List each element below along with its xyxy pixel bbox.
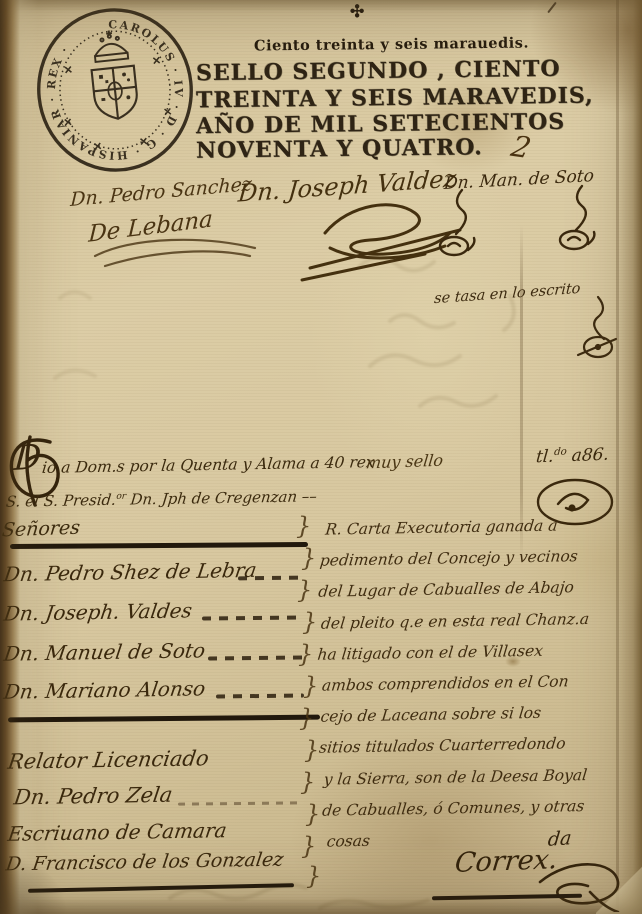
summary-line: sitios titulados Cuarterredondo bbox=[317, 728, 632, 765]
sello-note: muy sello bbox=[365, 451, 444, 473]
summary-column: R. Carta Executoria ganada a pedimento d… bbox=[317, 509, 633, 857]
summary-line: y la Sierra, son de la Deesa Boyal bbox=[322, 759, 633, 796]
dash-leader-3 bbox=[208, 655, 304, 660]
judge-name-3: Dn. Manuel de Soto bbox=[2, 638, 207, 666]
assignment-line1: io a Dom.s por la Quenta y Alama a 40 re… bbox=[41, 453, 376, 477]
summary-line: del Lugar de Cabualles de Abajo bbox=[317, 572, 630, 609]
signature-pedro-sanchez: Dn. Pedro Sanchez bbox=[70, 173, 253, 211]
bracket-mark: } bbox=[306, 862, 321, 890]
royal-seal-stamp: CAROLUS · IV · D · G · HISPANIAR · REX · bbox=[25, 0, 206, 182]
escribano-title: Escriuano de Camara bbox=[6, 818, 228, 846]
assignment-line1-initial: D bbox=[13, 437, 43, 479]
bracket-mark: } bbox=[300, 768, 315, 796]
fee-note: tl.do a86. bbox=[535, 445, 610, 468]
summary-line: del pleito q.e en esta real Chanz.a bbox=[319, 603, 630, 640]
bracket-mark: } bbox=[297, 576, 312, 604]
pen-rule-top bbox=[10, 542, 308, 549]
dash-leader-4 bbox=[216, 694, 304, 699]
bracket-mark: } bbox=[303, 672, 318, 700]
manuscript-page: CAROLUS · IV · D · G · HISPANIAR · REX ·… bbox=[0, 0, 642, 914]
bracket-mark: } bbox=[302, 608, 317, 636]
pen-rule-middle bbox=[8, 715, 320, 723]
bleed-through-marks bbox=[330, 236, 630, 441]
stamp-line-1: SELLO SEGUNDO , CIENTO bbox=[196, 56, 561, 86]
judge-name-1: Dn. Pedro Shez de Lebra bbox=[2, 558, 258, 586]
relator-name: Dn. Pedro Zela bbox=[12, 783, 174, 810]
bracket-mark: } bbox=[299, 704, 314, 732]
printed-tax-line: Ciento treinta y seis marauedis. bbox=[254, 35, 529, 55]
shield-icon bbox=[92, 66, 140, 121]
bracket-mark: } bbox=[296, 512, 311, 540]
judge-name-4: Dn. Mariano Alonso bbox=[2, 676, 207, 704]
stamp-line-4: NOVENTA Y QUATRO. bbox=[196, 134, 483, 164]
dash-leader-2 bbox=[202, 615, 304, 620]
fee-note-pre: tl. bbox=[535, 447, 554, 468]
bracket-mark: } bbox=[301, 832, 316, 860]
closing-rubric-flourish bbox=[530, 852, 630, 912]
bracket-mark: } bbox=[305, 800, 320, 828]
escribano-name: D. Francisco de los Gonzalez bbox=[4, 849, 284, 876]
dash-leader-1 bbox=[238, 576, 304, 581]
assignment-line3: Señores bbox=[1, 517, 81, 542]
assignment-line2-pre: S. el S. Presid. bbox=[5, 491, 117, 511]
corner-pen-tick bbox=[547, 2, 557, 13]
bracket-mark: } bbox=[298, 640, 313, 668]
dash-leader-relator bbox=[178, 801, 300, 805]
fee-note-post: a86. bbox=[565, 445, 609, 467]
closing-superscript: da bbox=[547, 827, 573, 851]
judge-name-2: Dn. Joseph. Valdes bbox=[2, 598, 193, 625]
relator-title: Relator Licenciado bbox=[6, 746, 210, 774]
bleed-through-marks-left bbox=[40, 258, 140, 438]
assignment-line2-post: Dn. Jph de Cregenzan –– bbox=[125, 487, 318, 508]
ornamental-cross-icon: ✣ bbox=[350, 2, 364, 22]
bracket-mark: } bbox=[301, 544, 316, 572]
